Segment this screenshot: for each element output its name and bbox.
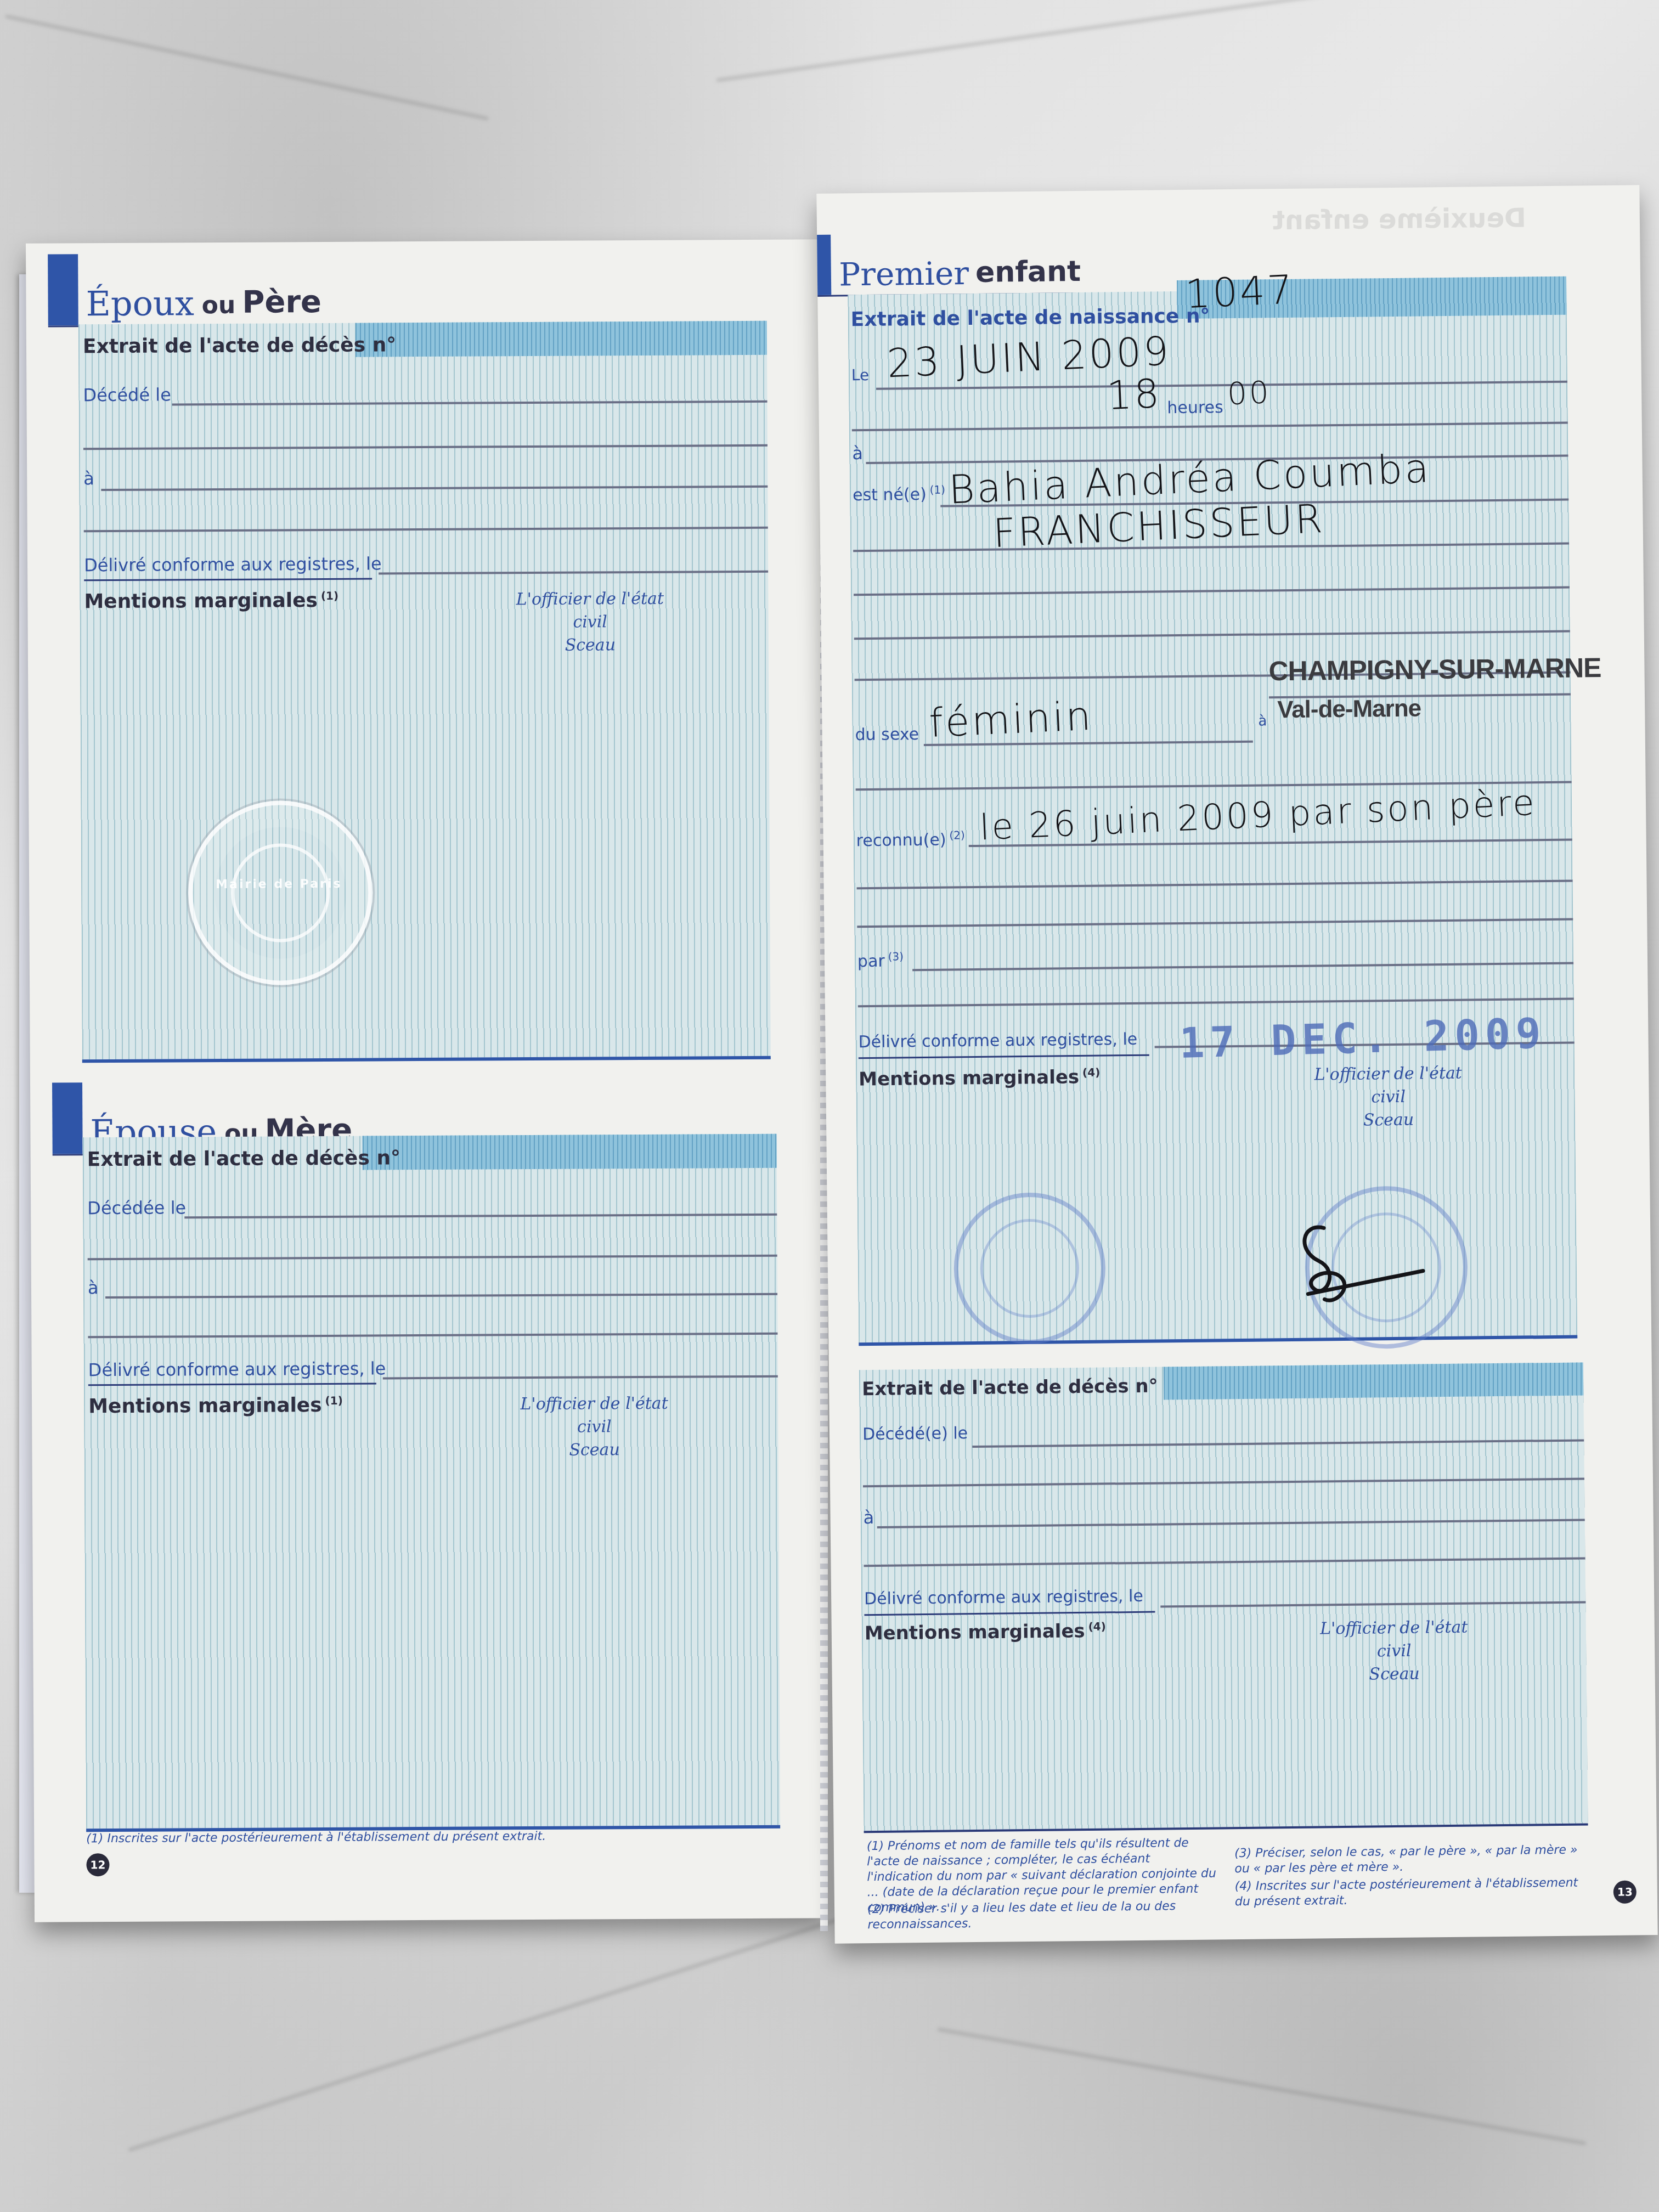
death-number-field[interactable] xyxy=(1164,1362,1584,1400)
death-number-field[interactable] xyxy=(363,1134,777,1170)
title-ou: ou xyxy=(202,291,236,325)
marginal-label: Mentions marginales(4) xyxy=(859,1066,1100,1091)
title-accent-band xyxy=(52,1082,83,1154)
title-main: Premier xyxy=(839,257,969,295)
recognized-line-3 xyxy=(857,918,1573,928)
left-footnote: (1) Inscrites sur l'acte postérieurement… xyxy=(86,1828,744,1847)
bleed-through-text: Deuxième enfant xyxy=(1272,202,1526,236)
place-line[interactable] xyxy=(101,486,768,491)
date-label: Le xyxy=(851,366,870,384)
deceased-date-line[interactable] xyxy=(172,400,768,406)
by-label: par(3) xyxy=(857,950,904,971)
footnote-4: (4) Inscrites sur l'acte postérieurement… xyxy=(1235,1875,1592,1910)
page-number: 13 xyxy=(1613,1880,1637,1903)
delivered-underline xyxy=(864,1611,1155,1616)
place-label: à xyxy=(852,443,863,464)
hour-line xyxy=(852,422,1568,432)
place-line-2[interactable] xyxy=(88,1333,777,1339)
birth-minutes-value[interactable]: 00 xyxy=(1227,375,1272,413)
marginal-label: Mentions marginales(1) xyxy=(88,1394,343,1418)
names-line-4 xyxy=(854,630,1570,640)
delivered-date-line[interactable] xyxy=(379,571,768,575)
section-title-husband: Époux ou Père xyxy=(48,252,388,327)
sex-label: du sexe xyxy=(855,725,919,744)
marble-vein xyxy=(5,15,489,121)
delivered-date-stamp: 17 DEC. 2009 xyxy=(1178,1008,1547,1068)
born-label: est né(e)(1) xyxy=(853,483,945,505)
marginal-label: Mentions marginales(4) xyxy=(865,1620,1106,1645)
place-label: à xyxy=(83,468,94,489)
birth-number-value[interactable]: 1047 xyxy=(1184,266,1295,317)
place-line-2[interactable] xyxy=(864,1557,1585,1567)
child-death-form: Extrait de l'acte de décès n° Décédé(e) … xyxy=(859,1362,1588,1833)
title-strong: Père xyxy=(242,284,321,325)
footnote-3: (3) Préciser, selon le cas, « par le pèr… xyxy=(1234,1842,1592,1877)
deceased-label: Décédé(e) le xyxy=(862,1424,968,1444)
birth-extract-form: Extrait de l'acte de naissance n° 1047 L… xyxy=(848,287,1577,1346)
embossed-seal-icon xyxy=(188,800,373,986)
deceased-date-line[interactable] xyxy=(972,1439,1584,1448)
place-line[interactable] xyxy=(105,1293,777,1299)
title-accent-band xyxy=(48,254,78,325)
deceased-label: Décédée le xyxy=(87,1197,186,1218)
footnote-2: (2) Préciser s'il y a lieu les date et l… xyxy=(867,1898,1219,1933)
birth-department-stamp: Val-de-Marne xyxy=(1277,695,1421,724)
recognized-value[interactable]: le 26 juin 2009 par son père xyxy=(979,783,1537,849)
officer-label: L'officier de l'état civil Sceau xyxy=(501,1392,688,1463)
delivered-label: Délivré conforme aux registres, le xyxy=(858,1030,1137,1052)
deceased-label: Décédé le xyxy=(83,384,171,405)
ink-seal-icon xyxy=(953,1192,1106,1345)
names-line-3 xyxy=(854,586,1570,596)
title-strong: enfant xyxy=(975,255,1081,294)
birth-city-stamp: CHAMPIGNY-SUR-MARNE xyxy=(1268,652,1601,687)
deceased-date-line-2[interactable] xyxy=(863,1477,1584,1487)
hours-label: heures xyxy=(1167,398,1223,417)
delivered-label: Délivré conforme aux registres, le xyxy=(864,1587,1143,1609)
officer-label: L'officier de l'état civil Sceau xyxy=(496,588,684,658)
delivered-label: Délivré conforme aux registres, le xyxy=(88,1358,386,1380)
place-label: à xyxy=(88,1277,99,1298)
sex-value[interactable]: féminin xyxy=(928,693,1094,746)
birth-hour-value[interactable]: 18 xyxy=(1105,370,1162,419)
delivered-label: Délivré conforme aux registres, le xyxy=(84,553,382,575)
place-label: à xyxy=(863,1507,874,1528)
death-extract-label: Extrait de l'acte de décès n° xyxy=(862,1375,1158,1401)
death-extract-label: Extrait de l'acte de décès n° xyxy=(83,334,396,358)
delivered-underline xyxy=(859,1054,1149,1059)
death-number-field[interactable] xyxy=(356,321,767,357)
delivered-underline xyxy=(88,1383,376,1386)
signature-icon xyxy=(1291,1216,1435,1316)
by-line-2 xyxy=(858,998,1574,1008)
deceased-date-line-2[interactable] xyxy=(88,1255,777,1261)
title-main: Époux xyxy=(86,286,194,325)
marble-vein xyxy=(716,0,1368,82)
death-extract-label: Extrait de l'acte de décès n° xyxy=(87,1147,400,1171)
husband-death-form: Extrait de l'acte de décès n° Décédé le … xyxy=(78,321,771,1063)
officer-label: L'officier de l'état civil Sceau xyxy=(1301,1616,1488,1687)
birth-extract-label: Extrait de l'acte de naissance n° xyxy=(851,304,1210,331)
recognized-label: reconnu(e)(2) xyxy=(856,828,965,850)
marginal-label: Mentions marginales(1) xyxy=(84,589,338,613)
marble-vein xyxy=(128,1911,859,2152)
wife-death-form: Extrait de l'acte de décès n° Décédée le… xyxy=(83,1134,781,1832)
left-page: Époux ou Père Extrait de l'acte de décès… xyxy=(26,239,827,1922)
deceased-date-line[interactable] xyxy=(184,1214,777,1219)
deceased-date-line-2[interactable] xyxy=(83,444,768,450)
delivered-date-line[interactable] xyxy=(1160,1601,1585,1607)
birth-place-label: à xyxy=(1258,713,1267,729)
page-number: 12 xyxy=(86,1853,109,1876)
place-line[interactable] xyxy=(877,1519,1585,1528)
recognized-line-2 xyxy=(857,880,1573,890)
by-line[interactable] xyxy=(912,962,1573,972)
section-title-first-child: Premier enfant xyxy=(817,232,1081,297)
place-line-2[interactable] xyxy=(84,527,768,533)
delivered-underline xyxy=(84,578,372,582)
right-page: Deuxième enfant Premier enfant Extrait d… xyxy=(816,185,1657,1944)
title-accent-band xyxy=(817,235,832,295)
officer-label: L'officier de l'état civil Sceau xyxy=(1295,1062,1482,1133)
embossed-seal-caption: Mairie de Paris xyxy=(216,877,342,891)
marble-vein xyxy=(938,2028,1587,2145)
delivered-date-line[interactable] xyxy=(383,1375,778,1380)
